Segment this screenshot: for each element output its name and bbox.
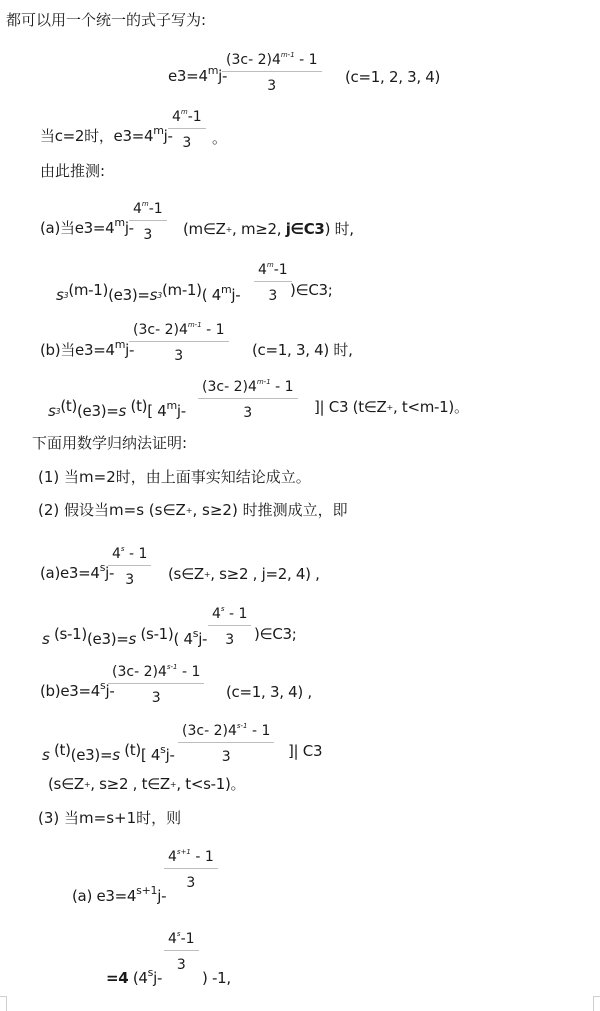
- num-tail: - 1: [125, 546, 148, 562]
- open: ( 4: [173, 630, 192, 648]
- cond: , t<s-1)。: [176, 775, 245, 793]
- cond: , m≥2,: [232, 220, 286, 238]
- hyp-a-condition: (s∈Z+, s≥2 , j=2, 4) ,: [168, 564, 320, 585]
- num-base: 4: [212, 606, 221, 622]
- prefix: (b)当e3=4: [40, 341, 115, 359]
- proof-step-3: (3) 当m=s+1时，则: [38, 808, 181, 828]
- conj-a-result: s3(m-1)(e3)=s3(m-1)( 4mj-: [56, 280, 240, 306]
- case-c2-end: 。: [212, 128, 227, 148]
- denominator: 3: [178, 743, 274, 767]
- arg: (s-1): [141, 625, 174, 643]
- tail: j-: [198, 630, 207, 648]
- cond: , s≥2 , j=2, 4) ,: [210, 565, 319, 583]
- fraction-conj-a: 4m-1 3: [129, 195, 167, 245]
- denominator: 3: [164, 951, 199, 975]
- numerator: 4s+1 - 1: [164, 843, 218, 869]
- cond: , t<m-1)。: [393, 398, 469, 416]
- numerator: (3c- 2)4s-1 - 1: [178, 717, 274, 743]
- conj-b-condition: (c=1, 3, 4) 时,: [252, 340, 353, 360]
- cond: , s≥2 , t∈Z: [90, 775, 170, 793]
- fraction-step3-a: 4s+1 - 1 3: [164, 843, 218, 893]
- num-tail: - 1: [225, 606, 248, 622]
- exponent: m: [114, 216, 124, 229]
- conj-b-result-close: ]| C3 (t∈Z+, t<m-1)。: [314, 397, 469, 418]
- tail: j-: [231, 286, 240, 304]
- num-tail: - 1: [178, 664, 201, 680]
- sup: +: [186, 506, 193, 515]
- numerator: 4m-1: [129, 195, 167, 221]
- denominator: 3: [198, 399, 298, 423]
- numerator: 4s-1: [164, 925, 199, 951]
- prefix: (b)e3=4: [40, 682, 100, 700]
- mid: (e3)=: [108, 286, 150, 304]
- prefix: =4: [106, 969, 128, 987]
- mid: (e3)=: [71, 746, 113, 764]
- numerator: 4m-1: [254, 256, 292, 282]
- numerator: 4m-1: [168, 103, 206, 129]
- num-exp: s-1: [167, 663, 178, 671]
- num-exp: m: [267, 261, 274, 269]
- text: (2) 假设当m=s (s∈Z: [38, 501, 186, 519]
- sigma: s: [42, 746, 50, 764]
- arg: (m-1): [68, 281, 108, 299]
- page-corner-left: [0, 996, 7, 1011]
- step3-b-close: ) -1,: [202, 968, 231, 988]
- num-tail: - 1: [202, 322, 225, 338]
- num-base: (3c- 2)4: [133, 322, 188, 338]
- denominator: 3: [254, 282, 292, 306]
- tail: j-: [166, 746, 175, 764]
- prefix: (a) e3=4: [72, 887, 136, 905]
- fraction-step3-b: 4s-1 3: [164, 925, 199, 975]
- conj-b-lhs: (b)当e3=4mj-: [40, 340, 134, 360]
- numerator: (3c- 2)4m-1 - 1: [198, 373, 298, 399]
- exponent: m: [166, 399, 176, 412]
- exponent: m: [208, 64, 218, 77]
- close: ]| C3 (t∈Z: [314, 398, 387, 416]
- num-base: 4: [168, 931, 177, 947]
- cond: ) 时,: [325, 220, 354, 238]
- exponent: m: [115, 338, 125, 351]
- exponent: s+1: [136, 884, 157, 897]
- tail: j-: [153, 969, 162, 987]
- num-tail: -1: [188, 109, 202, 125]
- fraction-conj-b: (3c- 2)4m-1 - 1 3: [129, 316, 229, 366]
- mid: (e3)=: [77, 402, 119, 420]
- hyp-b-result: s (t)(e3)=s (t)[ 4sj-: [42, 740, 175, 765]
- num-exp: m: [181, 108, 188, 116]
- fraction-hyp-a: 4s - 1 3: [108, 540, 151, 590]
- num-base: 4: [258, 262, 267, 278]
- cond-bold: j∈C3: [286, 220, 325, 238]
- cond: (s∈Z: [168, 565, 204, 583]
- conj-a-lhs: (a)当e3=4mj-: [40, 218, 134, 238]
- sigma: s: [119, 402, 127, 420]
- hyp-a-result: s (s-1)(e3)=s (s-1)( 4sj-: [42, 624, 207, 649]
- num-exp: m-1: [257, 378, 271, 386]
- denominator: 3: [129, 342, 229, 366]
- arg: (t): [54, 741, 71, 759]
- num-tail: - 1: [248, 723, 271, 739]
- num-exp: m-1: [281, 51, 295, 59]
- num-tail: -1: [181, 931, 195, 947]
- case-c2-text: 当c=2时，e3=4mj-: [40, 126, 173, 146]
- num-base: 4: [168, 849, 177, 865]
- num-tail: - 1: [271, 379, 294, 395]
- exponent: m: [221, 283, 231, 296]
- proof-step-1: (1) 当m=2时，由上面事实知结论成立。: [38, 467, 311, 487]
- arg: (t): [131, 397, 148, 415]
- sigma: s: [112, 746, 120, 764]
- num-base: 4: [112, 546, 121, 562]
- hyp-b-result-close: ]| C3: [288, 741, 322, 761]
- step3-b-lhs: =4 (4sj-: [106, 968, 162, 988]
- denominator: 3: [208, 626, 251, 650]
- hyp-b-lhs: (b)e3=4sj-: [40, 681, 114, 701]
- arg: (t): [124, 741, 141, 759]
- num-tail: - 1: [295, 52, 318, 68]
- lhs: e3=4: [168, 67, 208, 85]
- num-tail: -1: [149, 201, 163, 217]
- open: [ 4: [141, 746, 160, 764]
- num-tail: - 1: [191, 849, 214, 865]
- mid: (e3)=: [87, 630, 129, 648]
- fraction-hyp-b-result: (3c- 2)4s-1 - 1 3: [178, 717, 274, 767]
- fraction-hyp-b: (3c- 2)4s-1 - 1 3: [108, 658, 204, 708]
- case-prefix: 当c=2时，e3=4: [40, 127, 153, 145]
- denominator: 3: [108, 684, 204, 708]
- num-base: (3c- 2)4: [226, 52, 281, 68]
- intro-text: 都可以用一个统一的式子写为:: [6, 10, 206, 30]
- fraction-unified: (3c- 2)4m-1 - 1 3: [222, 46, 322, 96]
- num-exp: s-1: [237, 722, 248, 730]
- open: [ 4: [147, 402, 166, 420]
- arg: (s-1): [54, 625, 87, 643]
- step3-a-lhs: (a) e3=4s+1j-: [72, 886, 166, 906]
- num-base: (3c- 2)4: [112, 664, 167, 680]
- hyp-b-condition-line: (s∈Z+, s≥2 , t∈Z+, t<s-1)。: [48, 774, 245, 795]
- numerator: 4s - 1: [108, 540, 151, 566]
- denominator: 3: [108, 566, 151, 590]
- arg: (m-1): [162, 281, 202, 299]
- conj-b-result: s3(t)(e3)=s (t)[ 4mj-: [48, 396, 186, 422]
- fraction-conj-a-result: 4m-1 3: [254, 256, 292, 306]
- denominator: 3: [168, 129, 206, 153]
- num-exp: m: [142, 200, 149, 208]
- denominator: 3: [129, 221, 167, 245]
- num-base: 4: [133, 201, 142, 217]
- hyp-a-result-close: )∈C3;: [254, 624, 297, 644]
- sigma: s: [129, 630, 137, 648]
- conj-a-condition: (m∈Z+, m≥2, j∈C3) 时,: [183, 219, 354, 240]
- open: ( 4: [202, 286, 221, 304]
- sigma: s: [48, 402, 56, 420]
- proof-step-2: (2) 假设当m=s (s∈Z+, s≥2) 时推测成立，即: [38, 500, 348, 521]
- num-base: (3c- 2)4: [182, 723, 237, 739]
- fraction-hyp-a-result: 4s - 1 3: [208, 600, 251, 650]
- sigma: s: [56, 286, 64, 304]
- numerator: (3c- 2)4m-1 - 1: [222, 46, 322, 72]
- denominator: 3: [164, 869, 218, 893]
- cond: (s∈Z: [48, 775, 84, 793]
- page-corner-right: [593, 996, 600, 1011]
- formula-unified-condition: (c=1, 2, 3, 4): [345, 67, 440, 87]
- num-base: 4: [172, 109, 181, 125]
- open: (4: [128, 969, 147, 987]
- num-base: (3c- 2)4: [202, 379, 257, 395]
- fraction-conj-b-result: (3c- 2)4m-1 - 1 3: [198, 373, 298, 423]
- text: , s≥2) 时推测成立，即: [193, 501, 348, 519]
- numerator: (3c- 2)4m-1 - 1: [129, 316, 229, 342]
- exponent: m: [153, 124, 163, 137]
- num-exp: m-1: [188, 321, 202, 329]
- prefix: (a)当e3=4: [40, 219, 114, 237]
- tail: j-: [177, 402, 186, 420]
- cond: (m∈Z: [183, 220, 226, 238]
- num-exp: s+1: [177, 848, 191, 856]
- hyp-b-condition: (c=1, 3, 4) ,: [226, 682, 312, 702]
- conjecture-heading: 由此推测:: [40, 161, 105, 181]
- formula-unified-lhs: e3=4mj-: [168, 66, 227, 86]
- conj-a-result-close: )∈C3;: [290, 280, 333, 300]
- numerator: 4s - 1: [208, 600, 251, 626]
- fraction-c2: 4m-1 3: [168, 103, 206, 153]
- denominator: 3: [222, 72, 322, 96]
- proof-heading: 下面用数学归纳法证明:: [32, 433, 187, 453]
- sigma: s: [42, 630, 50, 648]
- prefix: (a)e3=4: [40, 564, 100, 582]
- hyp-a-lhs: (a)e3=4sj-: [40, 563, 114, 583]
- arg: (t): [60, 397, 77, 415]
- num-tail: -1: [274, 262, 288, 278]
- numerator: (3c- 2)4s-1 - 1: [108, 658, 204, 684]
